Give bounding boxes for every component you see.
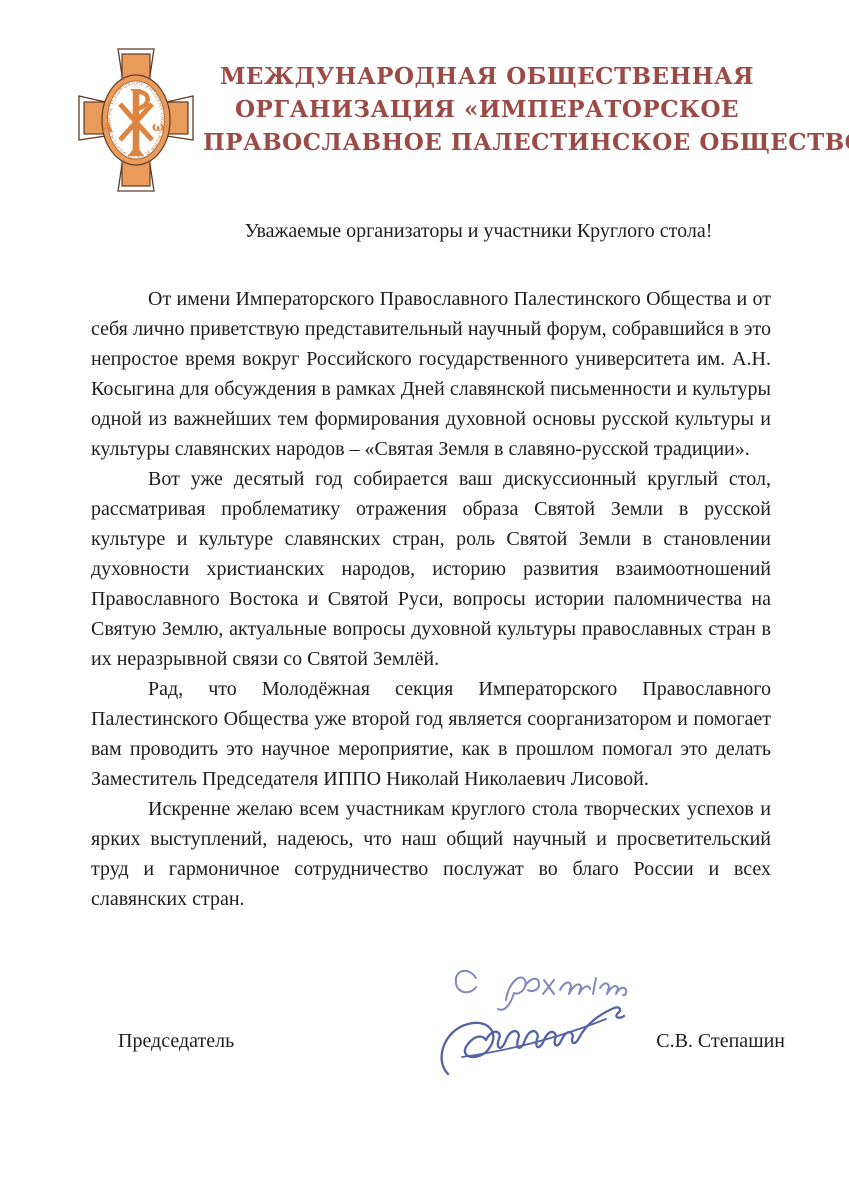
letter-body: От имени Императорского Православного Па… bbox=[91, 284, 771, 914]
paragraph: Искренне желаю всем участникам круглого … bbox=[91, 794, 771, 914]
organization-name: МЕЖДУНАРОДНАЯ ОБЩЕСТВЕННАЯ ОРГАНИЗАЦИЯ «… bbox=[203, 60, 771, 159]
handwritten-signature bbox=[428, 956, 690, 1094]
ippo-cross-emblem-icon: НЕ УМОЛКНУ РАДИ СИОНА И РАДИ ИЕРУСАЛИМА … bbox=[76, 46, 196, 194]
handwritten-note bbox=[456, 971, 626, 1010]
autograph-stroke bbox=[442, 1007, 624, 1074]
paragraph: От имени Императорского Православного Па… bbox=[91, 284, 771, 464]
org-name-line: ОРГАНИЗАЦИЯ «ИМПЕРАТОРСКОЕ bbox=[203, 93, 771, 126]
paragraph: Рад, что Молодёжная секция Императорског… bbox=[91, 674, 771, 794]
paragraph: Вот уже десятый год собирается ваш диску… bbox=[91, 464, 771, 674]
salutation: Уважаемые организаторы и участники Кругл… bbox=[0, 220, 849, 243]
org-name-line: ПРАВОСЛАВНОЕ ПАЛЕСТИНСКОЕ ОБЩЕСТВО» bbox=[203, 126, 771, 159]
letter-page: НЕ УМОЛКНУ РАДИ СИОНА И РАДИ ИЕРУСАЛИМА … bbox=[0, 0, 849, 1200]
alpha-letter: А bbox=[102, 120, 114, 136]
org-name-line: МЕЖДУНАРОДНАЯ ОБЩЕСТВЕННАЯ bbox=[203, 60, 771, 93]
omega-letter: ω bbox=[152, 120, 164, 135]
signer-title: Председатель bbox=[118, 1026, 234, 1056]
